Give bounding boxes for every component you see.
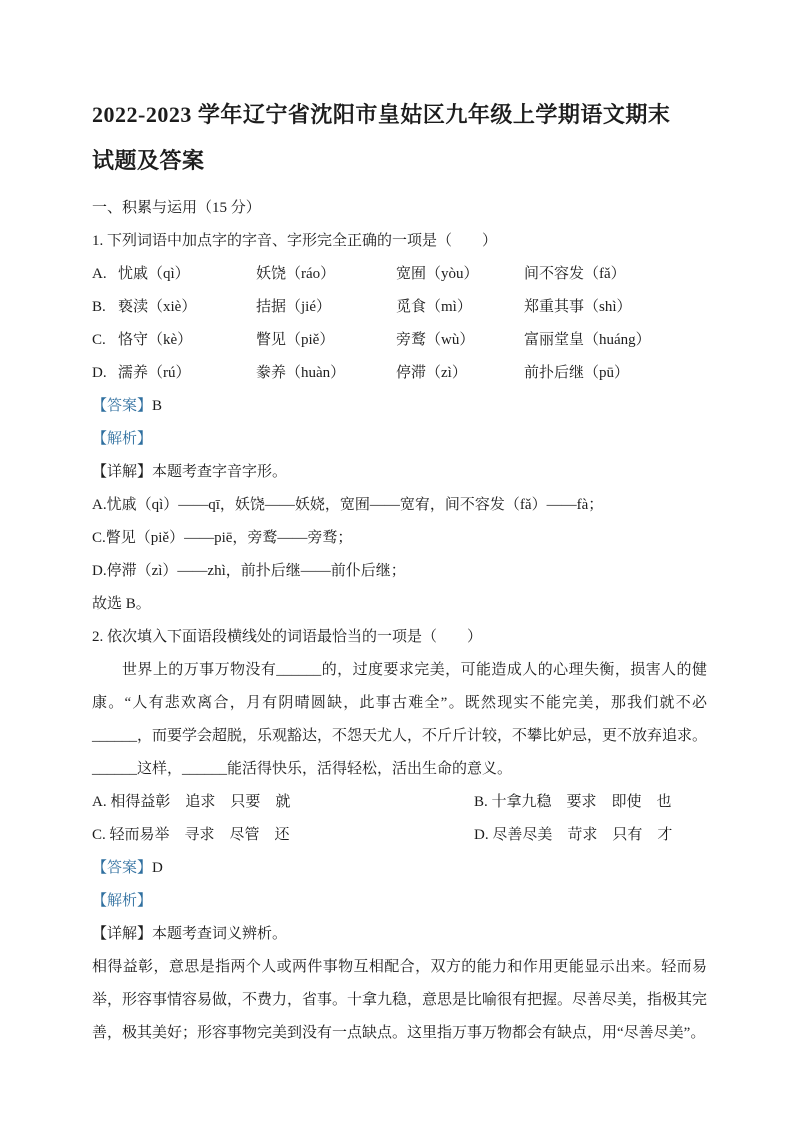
question-1-explanation-d: D.停滞（zì）——zhì，前扑后继——前仆后继； (92, 555, 707, 588)
question-2-options-row-2: C. 轻而易举 寻求 尽管 还 D. 尽善尽美 苛求 只有 才 (92, 819, 707, 852)
option-term: 宽囿（yòu） (396, 258, 524, 291)
answer-label: 【答案】 (92, 398, 152, 414)
section-heading: 一、积累与运用（15 分） (92, 192, 707, 225)
question-1-detail: 【详解】本题考查字音字形。 (92, 456, 707, 489)
question-2-passage: 世界上的万事万物没有______的，过度要求完美，可能造成人的心理失衡，损害人的… (92, 654, 707, 786)
question-1-answer-line: 【答案】B (92, 390, 707, 423)
page-title-line-1: 2022-2023 学年辽宁省沈阳市皇姑区九年级上学期语文期末 (92, 92, 707, 138)
question-2-analysis-label: 【解析】 (92, 885, 707, 918)
option-label: B. (92, 291, 118, 324)
question-2-options-row-1: A. 相得益彰 追求 只要 就 B. 十拿九稳 要求 即使 也 (92, 786, 707, 819)
answer-value: B (152, 398, 162, 414)
option-term: 忧戚（qì） (118, 258, 256, 291)
option-term: 瞥见（piě） (256, 324, 396, 357)
question-1-option-a: A. 忧戚（qì） 妖饶（ráo） 宽囿（yòu） 间不容发（fǎ） (92, 258, 707, 291)
question-2-option-a: A. 相得益彰 追求 只要 就 (92, 786, 474, 819)
question-2-detail: 【详解】本题考查词义辨析。 (92, 918, 707, 951)
option-term: 恪守（kè） (118, 324, 256, 357)
question-1-stem: 1. 下列词语中加点字的字音、字形完全正确的一项是（ ） (92, 225, 707, 258)
option-term: 妖饶（ráo） (256, 258, 396, 291)
option-term: 濡养（rú） (118, 357, 256, 390)
option-label: A. (92, 258, 118, 291)
question-1-option-b: B. 亵渎（xiè） 拮据（jié） 觅食（mì） 郑重其事（shì） (92, 291, 707, 324)
question-1-explanation-c: C.瞥见（piě）——piē，旁鹜——旁骛； (92, 522, 707, 555)
exam-document-page: 2022-2023 学年辽宁省沈阳市皇姑区九年级上学期语文期末 试题及答案 一、… (0, 0, 793, 1122)
option-term: 停滞（zì） (396, 357, 524, 390)
option-term: 觅食（mì） (396, 291, 524, 324)
page-title: 2022-2023 学年辽宁省沈阳市皇姑区九年级上学期语文期末 试题及答案 (92, 92, 707, 184)
option-term: 旁鹜（wù） (396, 324, 524, 357)
question-1-option-d: D. 濡养（rú） 豢养（huàn） 停滞（zì） 前扑后继（pū） (92, 357, 707, 390)
option-term: 前扑后继（pū） (524, 357, 707, 390)
question-1-explanation-a: A.忧戚（qì）——qī，妖饶——妖娆，宽囿——宽宥，间不容发（fǎ）——fà； (92, 489, 707, 522)
page-title-line-2: 试题及答案 (92, 138, 707, 184)
option-term: 亵渎（xiè） (118, 291, 256, 324)
question-1-option-c: C. 恪守（kè） 瞥见（piě） 旁鹜（wù） 富丽堂皇（huáng） (92, 324, 707, 357)
option-term: 郑重其事（shì） (524, 291, 707, 324)
option-label: C. (92, 324, 118, 357)
answer-value: D (152, 860, 163, 876)
question-1-conclusion: 故选 B。 (92, 588, 707, 621)
question-2-stem: 2. 依次填入下面语段横线处的词语最恰当的一项是（ ） (92, 621, 707, 654)
question-1-analysis-label: 【解析】 (92, 423, 707, 456)
question-2-option-d: D. 尽善尽美 苛求 只有 才 (474, 819, 672, 852)
answer-label: 【答案】 (92, 860, 152, 876)
option-term: 拮据（jié） (256, 291, 396, 324)
question-2-explanation: 相得益彰，意思是指两个人或两件事物互相配合，双方的能力和作用更能显示出来。轻而易… (92, 951, 707, 1050)
option-term: 间不容发（fǎ） (524, 258, 707, 291)
option-term: 富丽堂皇（huáng） (524, 324, 707, 357)
option-label: D. (92, 357, 118, 390)
question-2-option-c: C. 轻而易举 寻求 尽管 还 (92, 819, 474, 852)
question-2-answer-line: 【答案】D (92, 852, 707, 885)
option-term: 豢养（huàn） (256, 357, 396, 390)
question-2-option-b: B. 十拿九稳 要求 即使 也 (474, 786, 672, 819)
